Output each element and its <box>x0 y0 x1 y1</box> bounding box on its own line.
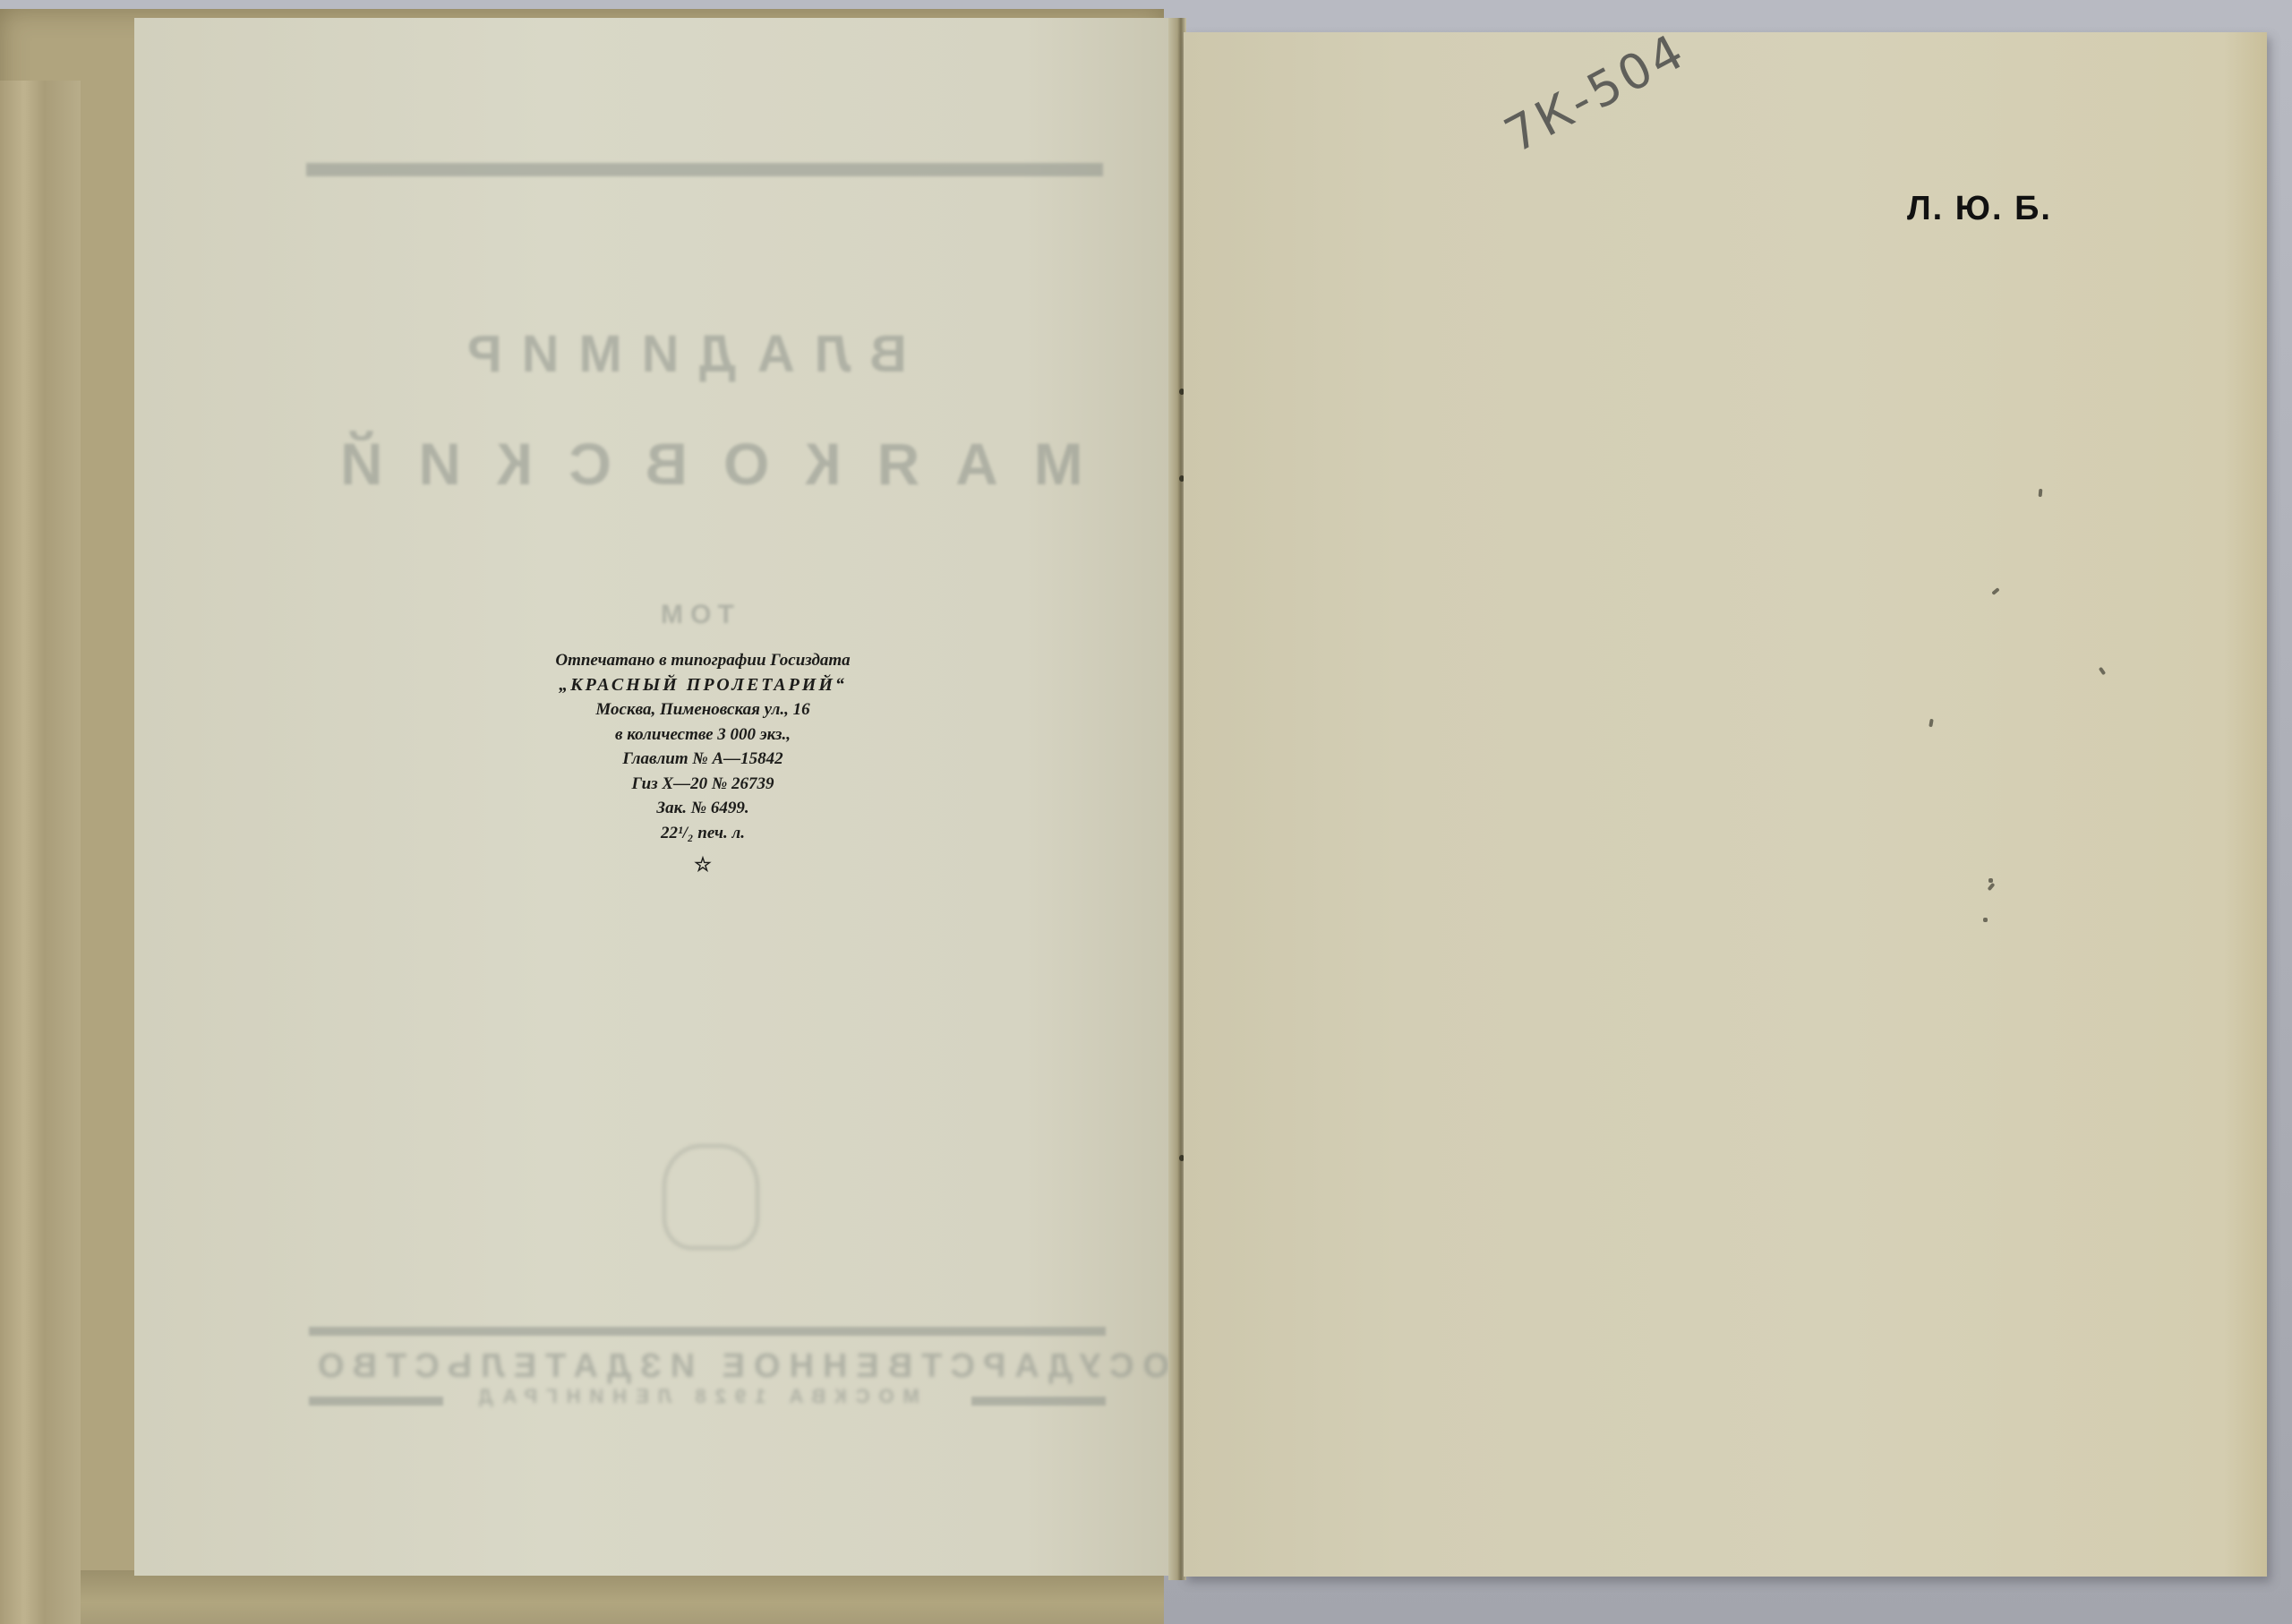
colophon-line: Главлит № А—15842 <box>501 747 904 772</box>
show-through-city-rule-left <box>309 1397 443 1406</box>
star-ornament-icon: ☆ <box>501 852 904 877</box>
book-spine-edge <box>0 81 81 1624</box>
colophon-line: Москва, Пименовская ул., 16 <box>501 697 904 722</box>
mirrored-text: МАЯКОВСКИЙ <box>304 430 1083 498</box>
paper-speck <box>1988 878 1993 883</box>
show-through-publisher-emblem-icon <box>663 1144 759 1250</box>
mirrored-text: ТОМ <box>654 600 734 630</box>
show-through-bottom-rule <box>309 1327 1106 1336</box>
colophon-line: Отпечатано в типографии Госиздата <box>501 648 904 673</box>
show-through-top-rule <box>306 163 1103 176</box>
show-through-author-last-name: МАЯКОВСКИЙ <box>304 430 1083 498</box>
colophon-line: „КРАСНЫЙ ПРОЛЕТАРИЙ“ <box>501 673 904 698</box>
colophon-line: в количестве 3 000 экз., <box>501 722 904 748</box>
colophon-line: Зак. № 6499. <box>501 796 904 821</box>
mirrored-text: МОСКВА 1928 ЛЕНИНГРАД <box>470 1385 919 1408</box>
show-through-author-first-name: ВЛАДИМИР <box>448 324 907 384</box>
mirrored-text: ВЛАДИМИР <box>448 324 907 384</box>
dedication-text: Л. Ю. Б. <box>1907 190 2052 228</box>
show-through-city-rule-right <box>971 1397 1106 1406</box>
show-through-publisher-city: МОСКВА 1928 ЛЕНИНГРАД <box>470 1385 919 1408</box>
right-page <box>1184 32 2267 1577</box>
colophon-line: 22¹/₂ печ. л. <box>501 821 904 846</box>
printing-colophon: Отпечатано в типографии Госиздата „КРАСН… <box>501 648 904 877</box>
mirrored-text: ГОСУДАРСТВЕННОЕ ИЗДАТЕЛЬСТВО <box>309 1347 1197 1386</box>
paper-speck <box>2039 489 2043 497</box>
show-through-publisher: ГОСУДАРСТВЕННОЕ ИЗДАТЕЛЬСТВО <box>309 1347 1197 1386</box>
show-through-volume-label: ТОМ <box>654 600 734 630</box>
paper-speck <box>1983 918 1988 922</box>
cover-bottom-edge <box>81 1570 1164 1624</box>
colophon-line: Гиз Х—20 № 26739 <box>501 772 904 797</box>
